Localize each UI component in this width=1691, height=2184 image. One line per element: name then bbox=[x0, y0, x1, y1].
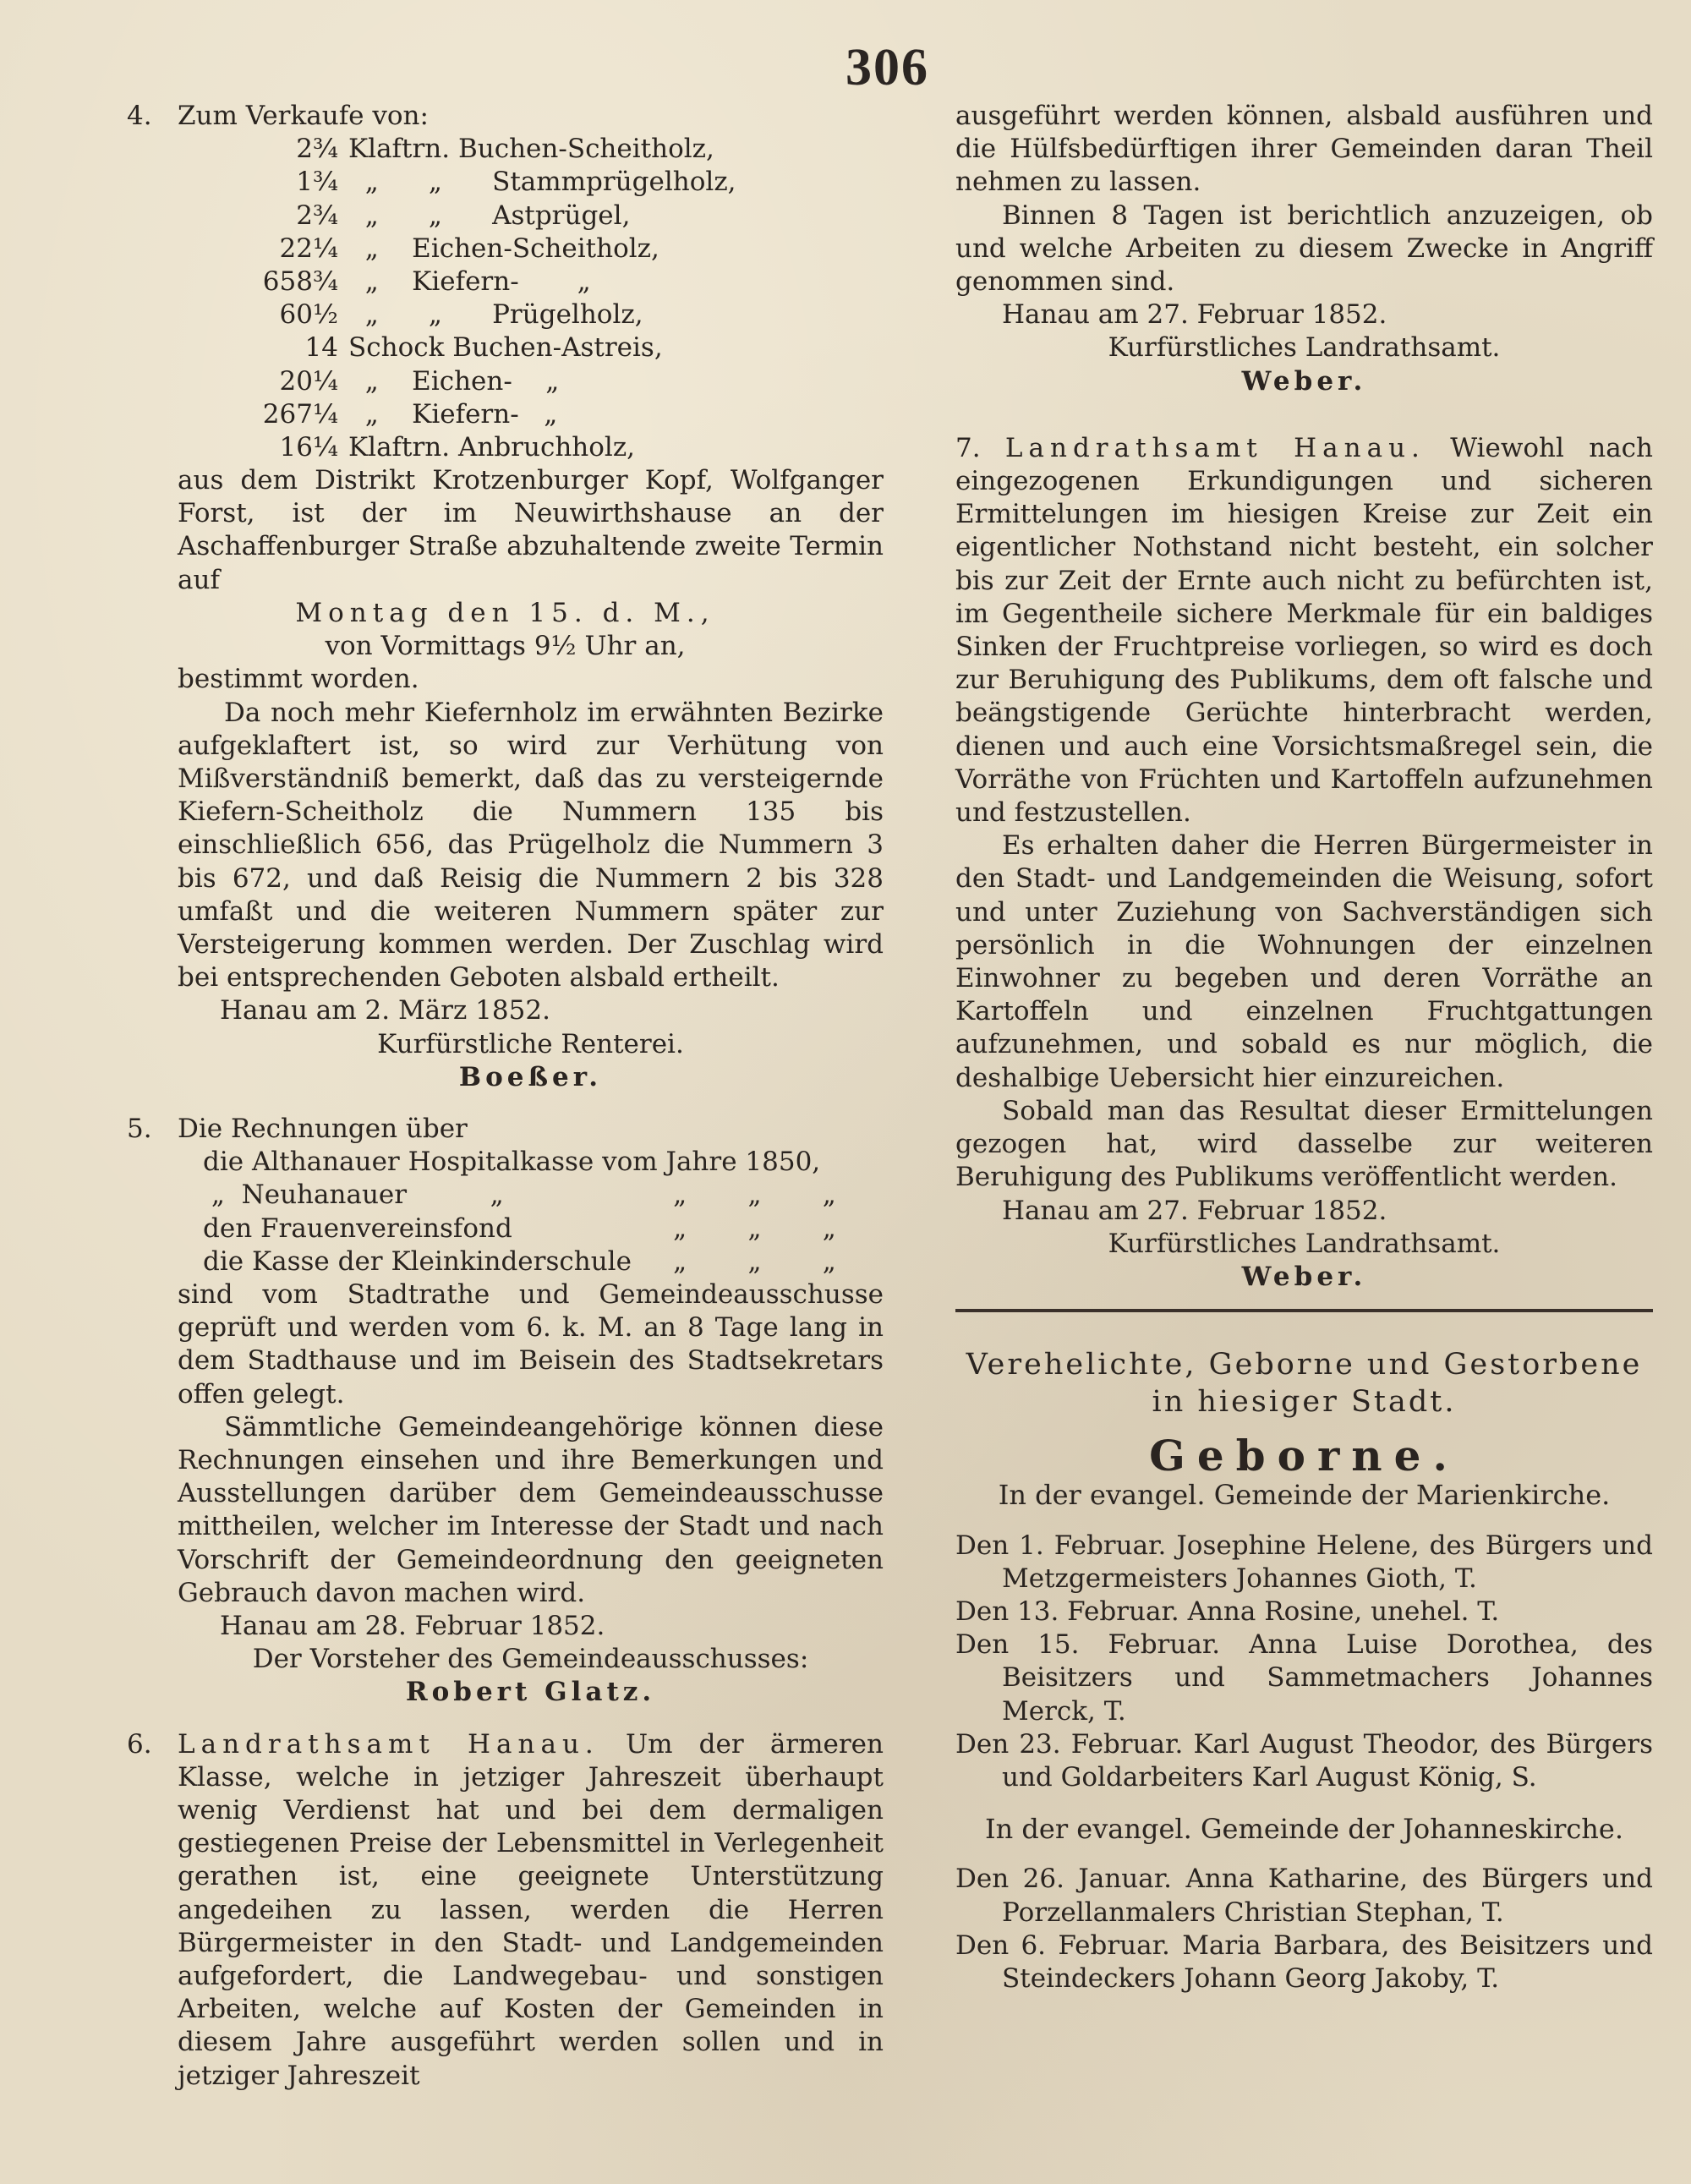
notice-7-supplies-survey: 7. Landrathsamt Hanau. Wiewohl nach eing… bbox=[955, 432, 1653, 1294]
notice-4-wood-sale: 4. Zum Verkaufe von: 2¾Klaftrn. Buchen-S… bbox=[127, 100, 884, 1094]
issuing-authority: Der Vorsteher des Gemeindeausschusses: bbox=[178, 1643, 884, 1676]
accounts-list: die Althanauer Hospitalkasse vom Jahre 1… bbox=[178, 1146, 884, 1278]
register-title: Verehelichte, Geborne und Gestorbene bbox=[955, 1346, 1653, 1383]
wood-list: 2¾Klaftrn. Buchen-Scheitholz, 1¾ „ „ Sta… bbox=[178, 133, 884, 464]
left-column: 4. Zum Verkaufe von: 2¾Klaftrn. Buchen-S… bbox=[127, 100, 884, 2093]
item-number: 4. bbox=[127, 100, 152, 133]
wood-row: 1¾ „ „ Stammprügelholz, bbox=[178, 166, 884, 199]
wood-row: 2¾ „ „ Astprügel, bbox=[178, 200, 884, 233]
notice-lead: Landrathsamt Hanau. bbox=[178, 1729, 599, 1760]
notice-heading: Zum Verkaufe von: bbox=[178, 101, 429, 131]
register-title: in hiesiger Stadt. bbox=[955, 1383, 1653, 1420]
birth-entry: Den 6. Februar. Maria Barbara, des Beisi… bbox=[955, 1929, 1653, 1995]
issuing-authority: Kurfürstliches Landrathsamt. bbox=[955, 331, 1653, 364]
register-section-births: Geborne. bbox=[955, 1439, 1653, 1472]
page-number: 306 bbox=[845, 38, 929, 98]
account-row: den Frauenvereinsfond„„„ bbox=[178, 1212, 884, 1245]
notice-body: Binnen 8 Tagen ist berichtlich anzuzeige… bbox=[955, 200, 1653, 299]
notice-heading: Die Rechnungen über bbox=[178, 1114, 468, 1144]
section-divider bbox=[955, 1309, 1653, 1312]
notice-body: Sämmtliche Gemeindeangehörige können die… bbox=[178, 1411, 884, 1610]
notice-body: sind vom Stadtrathe und Gemeindeausschus… bbox=[178, 1278, 884, 1411]
notice-body: ausgeführt werden können, alsbald ausfüh… bbox=[955, 100, 1653, 200]
birth-entry: Den 13. Februar. Anna Rosine, unehel. T. bbox=[955, 1596, 1653, 1628]
place-date: Hanau am 27. Februar 1852. bbox=[1002, 298, 1653, 331]
wood-row: 14Schock Buchen-Astreis, bbox=[178, 331, 884, 364]
wood-row: 267¼ „ Kiefern- „ bbox=[178, 398, 884, 431]
issuing-authority: Kurfürstliche Renterei. bbox=[178, 1028, 884, 1061]
notice-body: Da noch mehr Kiefernholz im erwähnten Be… bbox=[178, 697, 884, 995]
signature: Weber. bbox=[955, 1261, 1653, 1294]
issuing-authority: Kurfürstliches Landrathsamt. bbox=[955, 1228, 1653, 1261]
notice-lead: Landrathsamt Hanau. bbox=[1005, 433, 1426, 463]
notice-body: bestimmt worden. bbox=[178, 663, 884, 696]
auction-time: von Vormittags 9½ Uhr an, bbox=[127, 630, 884, 663]
wood-row: 60½ „ „ Prügelholz, bbox=[178, 298, 884, 331]
signature: Robert Glatz. bbox=[178, 1676, 884, 1709]
wood-row: 22¼ „ Eichen-Scheitholz, bbox=[178, 233, 884, 265]
place-date: Hanau am 2. März 1852. bbox=[220, 994, 884, 1027]
birth-entry: Den 1. Februar. Josephine Helene, des Bü… bbox=[955, 1530, 1653, 1596]
wood-row: 20¼ „ Eichen- „ bbox=[178, 365, 884, 398]
account-row: die Kasse der Kleinkinderschule„„„ bbox=[178, 1245, 884, 1278]
account-row: die Althanauer Hospitalkasse vom Jahre 1… bbox=[178, 1146, 884, 1179]
notice-body: Sobald man das Resultat dieser Ermittelu… bbox=[955, 1095, 1653, 1195]
wood-row: 16¼Klaftrn. Anbruchholz, bbox=[178, 431, 884, 464]
wood-row: 2¾Klaftrn. Buchen-Scheitholz, bbox=[178, 133, 884, 166]
civil-register: Verehelichte, Geborne und Gestorbene in … bbox=[955, 1346, 1653, 1995]
parish-heading: In der evangel. Gemeinde der Johanneskir… bbox=[955, 1813, 1653, 1846]
birth-entry: Den 26. Januar. Anna Katharine, des Bürg… bbox=[955, 1863, 1653, 1929]
notice-5-accounts: 5. Die Rechnungen über die Althanauer Ho… bbox=[127, 1113, 884, 1710]
notice-body: aus dem Distrikt Krotzenburger Kopf, Wol… bbox=[178, 464, 884, 597]
wood-row: 658¾ „ Kiefern- „ bbox=[178, 265, 884, 298]
place-date: Hanau am 28. Februar 1852. bbox=[220, 1610, 884, 1643]
birth-entry: Den 15. Februar. Anna Luise Dorothea, de… bbox=[955, 1628, 1653, 1728]
signature: Boeßer. bbox=[178, 1061, 884, 1094]
account-row: „ Neuhanauer „„„„ bbox=[178, 1179, 884, 1212]
signature: Weber. bbox=[955, 365, 1653, 398]
notice-6-relief-work: 6. Landrathsamt Hanau. Um der ärmeren Kl… bbox=[127, 1728, 884, 2093]
auction-date: Montag den 15. d. M., bbox=[127, 597, 884, 630]
birth-entry: Den 23. Februar. Karl August Theodor, de… bbox=[955, 1728, 1653, 1794]
item-number: 7. bbox=[955, 433, 981, 463]
notice-body: Es erhalten daher die Herren Bürgermeist… bbox=[955, 829, 1653, 1095]
item-number: 5. bbox=[127, 1113, 152, 1146]
notice-body: Wiewohl nach eingezogenen Erkundigungen … bbox=[955, 433, 1653, 828]
notice-body: Um der ärmeren Klasse, welche in jetzige… bbox=[178, 1729, 884, 2091]
right-column: ausgeführt werden können, alsbald ausfüh… bbox=[955, 100, 1653, 1995]
place-date: Hanau am 27. Februar 1852. bbox=[1002, 1195, 1653, 1228]
notice-6-continued: ausgeführt werden können, alsbald ausfüh… bbox=[955, 100, 1653, 398]
item-number: 6. bbox=[127, 1728, 152, 1761]
parish-heading: In der evangel. Gemeinde der Marienkirch… bbox=[955, 1479, 1653, 1512]
